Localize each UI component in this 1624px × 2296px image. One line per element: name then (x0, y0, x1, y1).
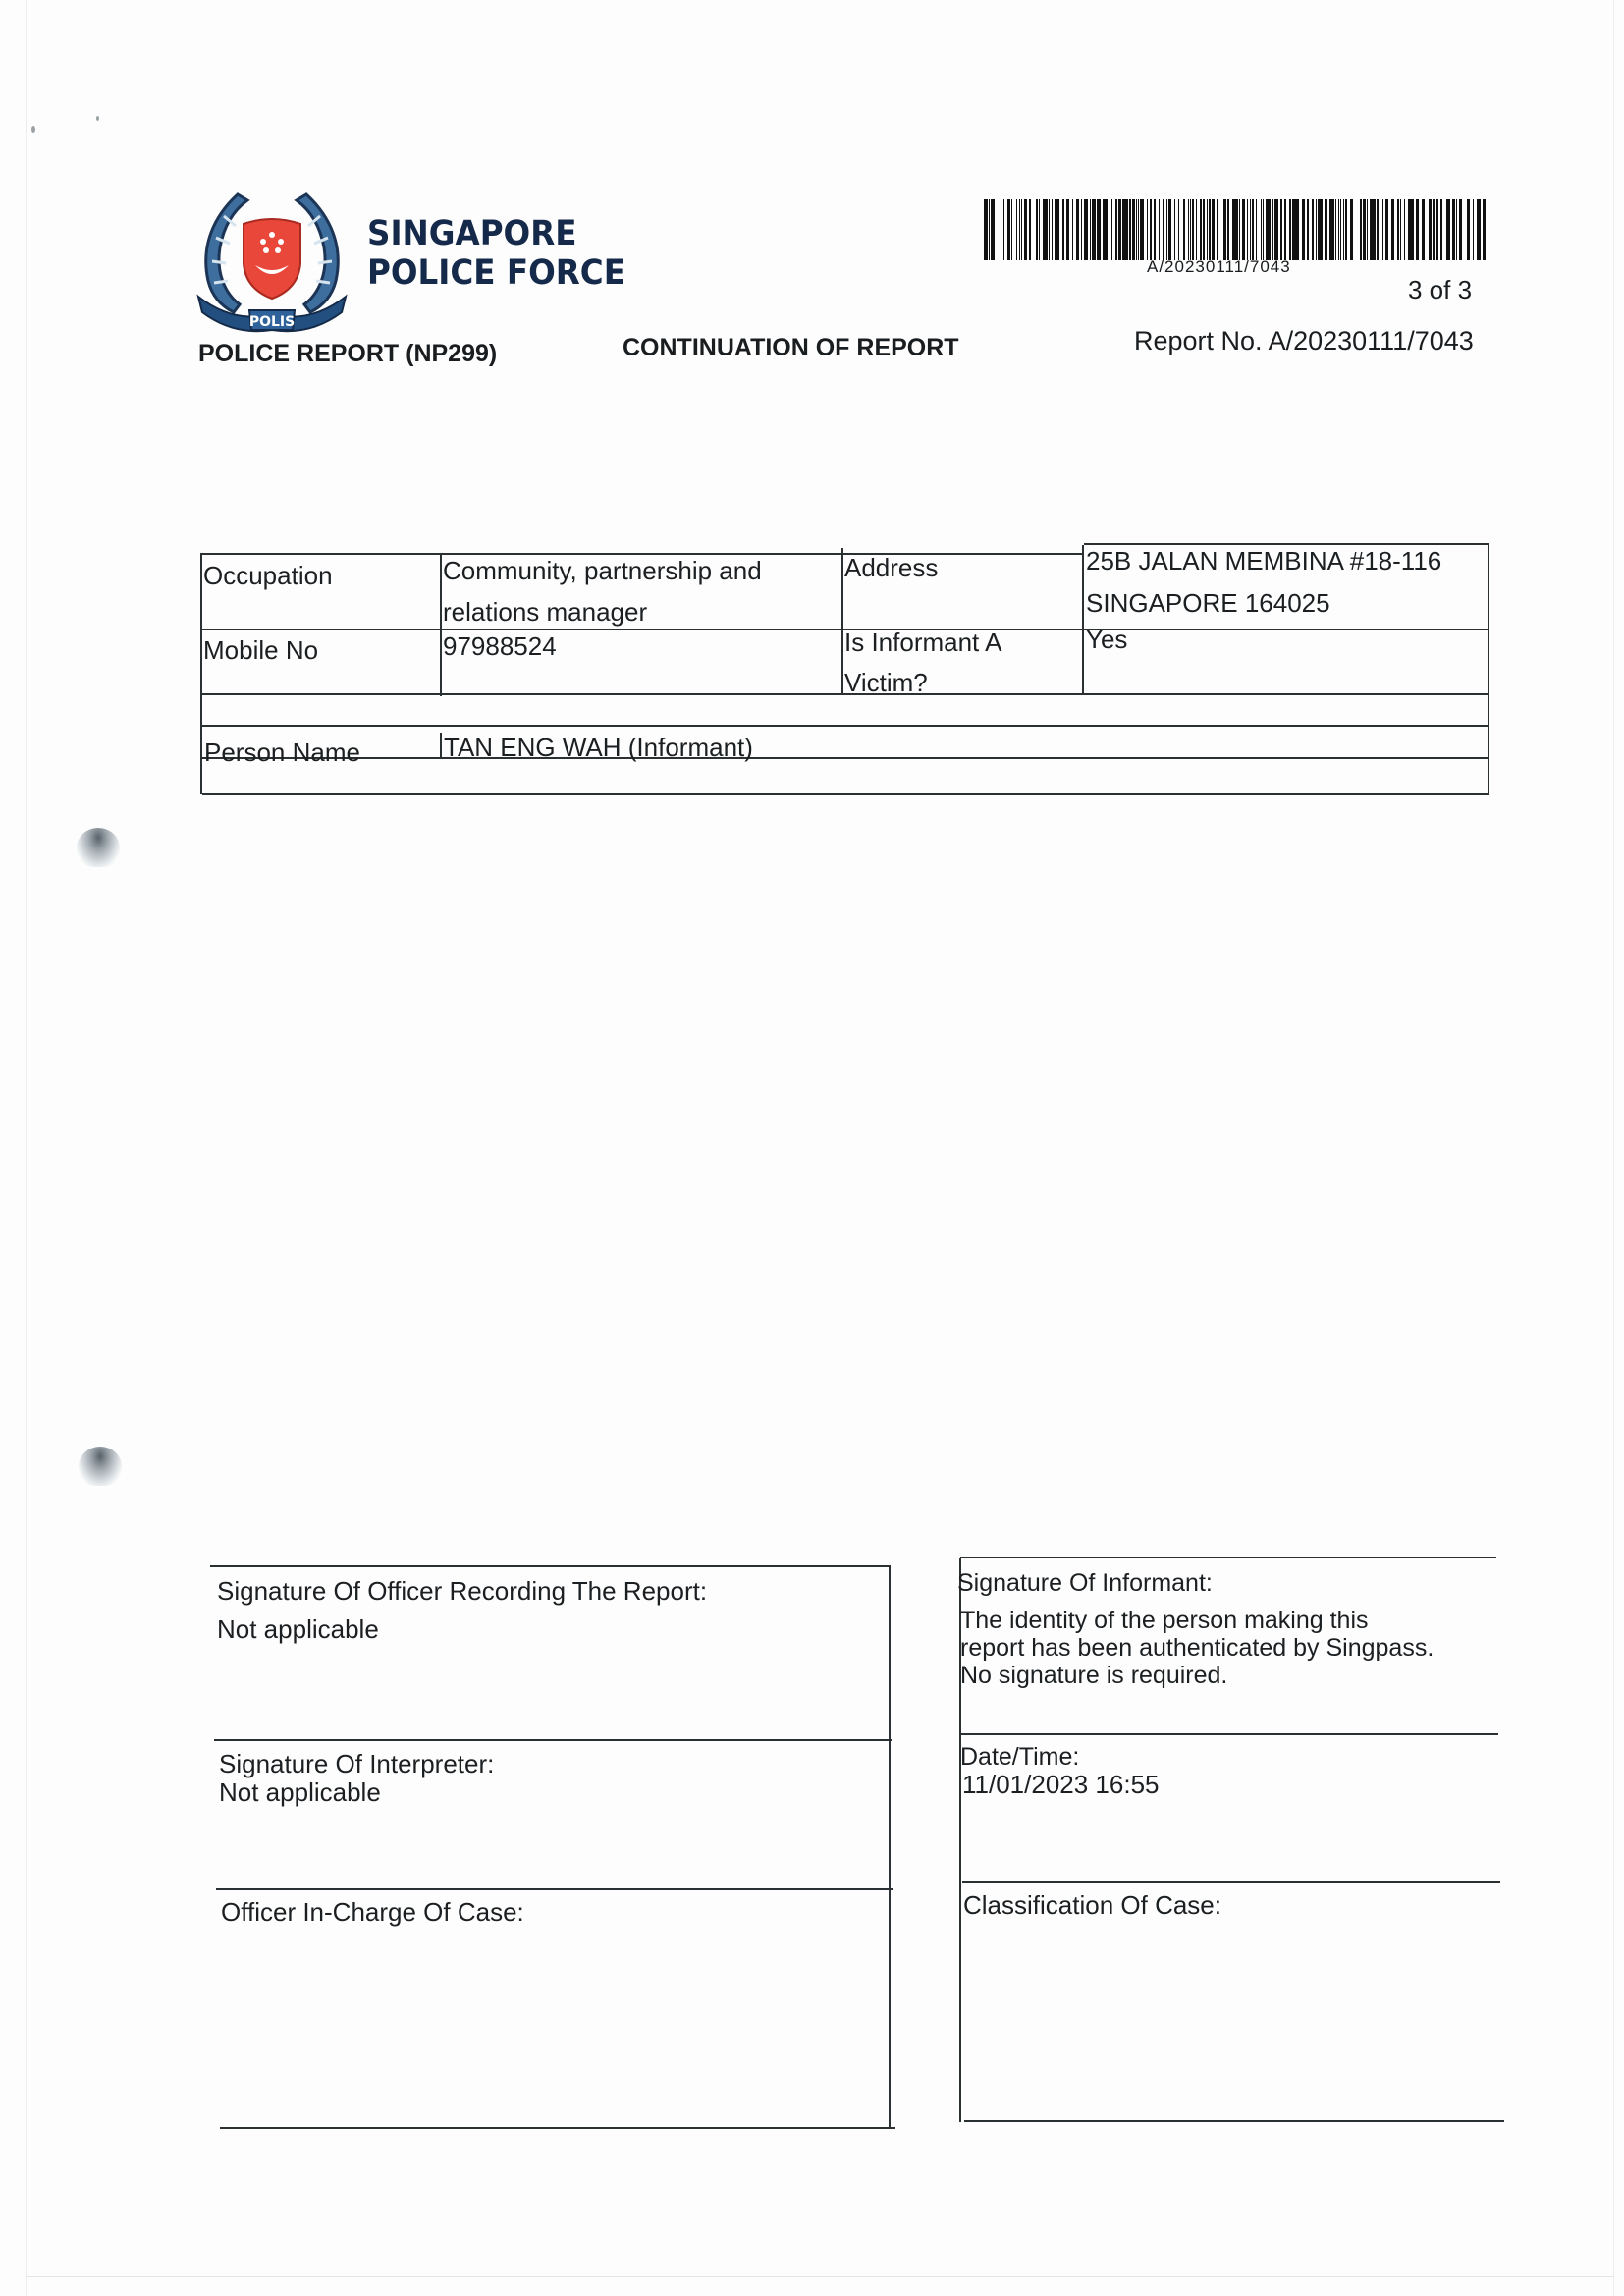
victim-label-line2: Victim? (844, 663, 928, 702)
barcode-bar (1261, 199, 1262, 260)
informant-signature-label: Signature Of Informant: (957, 1568, 1213, 1598)
barcode-bar (1147, 199, 1148, 260)
barcode-bar (1057, 199, 1059, 260)
section-title: CONTINUATION OF REPORT (623, 334, 959, 362)
table-col-divider (440, 553, 442, 696)
punch-hole-top (77, 828, 120, 867)
report-number-label: Report No. (1134, 326, 1263, 355)
barcode-bar (1039, 199, 1040, 260)
interpreter-value: Not applicable (219, 1777, 381, 1807)
address-line2: SINGAPORE 164025 (1086, 583, 1330, 623)
address-line1: 25B JALAN MEMBINA #18-116 (1086, 541, 1441, 580)
barcode-bar (1132, 199, 1135, 260)
report-type-title: POLICE REPORT (NP299) (198, 340, 497, 368)
barcode-bar (1459, 199, 1462, 260)
victim-label-line1: Is Informant A (844, 623, 1001, 662)
barcode-bar (1312, 199, 1314, 260)
officer-in-charge-label: Officer In-Charge Of Case: (221, 1897, 524, 1927)
barcode-bar (1084, 199, 1087, 260)
page-indicator: 3 of 3 (1408, 275, 1472, 305)
barcode-bar (1351, 199, 1353, 260)
barcode-bar (1404, 199, 1405, 260)
barcode-bar (1001, 199, 1001, 260)
address-label: Address (844, 548, 938, 587)
organization-name-line1: SINGAPORE (367, 214, 625, 253)
barcode-bar (1467, 199, 1469, 260)
barcode-bar (1272, 199, 1274, 260)
barcode-bar (1433, 199, 1435, 260)
table-border-bottom (202, 793, 1489, 795)
barcode-bar (1142, 199, 1144, 260)
barcode-bar (1477, 199, 1480, 260)
sig-right-divider (960, 1733, 1498, 1735)
barcode-bar (1209, 199, 1211, 260)
barcode-bar (1242, 199, 1244, 260)
barcode-bar (1136, 199, 1137, 260)
barcode-bar (1280, 199, 1282, 260)
person-name-value: TAN ENG WAH (Informant) (444, 733, 753, 762)
barcode-bar (1192, 199, 1194, 260)
barcode-bar (1321, 199, 1323, 260)
datetime-label: Date/Time: (960, 1742, 1079, 1772)
report-barcode (983, 199, 1484, 260)
sig-left-border-top (210, 1565, 890, 1567)
barcode-bar (1361, 199, 1362, 260)
barcode-bar (1325, 199, 1326, 260)
barcode-bar (1378, 199, 1379, 260)
barcode-bar (1397, 199, 1399, 260)
barcode-bar (1410, 199, 1413, 260)
barcode-bar (1338, 199, 1339, 260)
barcode-bar (1247, 199, 1249, 260)
barcode-bar (1111, 199, 1112, 260)
barcode-bar (1200, 199, 1202, 260)
report-number-value: A/20230111/7043 (1269, 326, 1474, 355)
barcode-bar (1016, 199, 1017, 260)
table-col-divider (1082, 545, 1084, 693)
barcode-bar (1072, 199, 1073, 260)
barcode-bar (1168, 199, 1171, 260)
page-right-edge (1613, 0, 1614, 2296)
barcode-bar (1385, 199, 1388, 260)
barcode-bar (1331, 199, 1334, 260)
barcode-bar (1150, 199, 1152, 260)
barcode-bar (1277, 199, 1278, 260)
barcode-bar (1270, 199, 1271, 260)
barcode-bar (1037, 199, 1038, 260)
barcode-bar (1436, 199, 1438, 260)
barcode-bar (1373, 199, 1375, 260)
barcode-bar (1340, 199, 1341, 260)
svg-text:POLIS: POLIS (249, 314, 295, 330)
person-name-label: Person Name (204, 738, 360, 767)
barcode-bar (1307, 199, 1309, 260)
table-col-divider (440, 733, 442, 758)
barcode-bar (1473, 199, 1474, 260)
page-left-edge (26, 0, 27, 2296)
barcode-bar (1178, 199, 1179, 260)
barcode-bar (1483, 199, 1486, 260)
table-col-divider (841, 548, 843, 693)
table-row-divider (201, 725, 1489, 727)
table-border-right (1488, 543, 1489, 794)
barcode-bar (1207, 199, 1208, 260)
report-number: Report No. A/20230111/7043 (1134, 326, 1474, 356)
barcode-bar (1343, 199, 1344, 260)
barcode-bar (992, 199, 994, 260)
barcode-bar (1223, 199, 1225, 260)
barcode-bar (1049, 199, 1050, 260)
barcode-bar (1046, 199, 1048, 260)
barcode-bar (1345, 199, 1347, 260)
barcode-bar (1250, 199, 1251, 260)
barcode-bar (1391, 199, 1394, 260)
sig-left-border-bottom (220, 2127, 895, 2129)
informant-auth-line1: The identity of the person making this (960, 1607, 1369, 1635)
informant-auth-line3: No signature is required. (960, 1662, 1227, 1690)
sig-left-border-right (889, 1565, 891, 2127)
barcode-bar (1303, 199, 1305, 260)
barcode-bar (1055, 199, 1056, 260)
classification-label: Classification Of Case: (963, 1890, 1221, 1920)
occupation-value-line1: Community, partnership and (443, 551, 762, 590)
barcode-bar (1166, 199, 1168, 260)
mobile-value: 97988524 (443, 627, 557, 666)
sig-left-divider (214, 1739, 892, 1741)
barcode-bar (1100, 199, 1101, 260)
barcode-bar (1456, 199, 1458, 260)
barcode-bar (1062, 199, 1064, 260)
victim-value: Yes (1086, 620, 1127, 659)
sig-right-divider (962, 1881, 1500, 1883)
officer-recording-label: Signature Of Officer Recording The Repor… (217, 1576, 707, 1606)
datetime-value: 11/01/2023 16:55 (962, 1770, 1159, 1799)
barcode-bar (1363, 199, 1366, 260)
organization-name: SINGAPORE POLICE FORCE (367, 214, 645, 293)
barcode-bar (1239, 199, 1240, 260)
barcode-bar (1126, 199, 1128, 260)
barcode-caption: A/20230111/7043 (1147, 257, 1291, 277)
barcode-bar (1446, 199, 1449, 260)
barcode-bar (1235, 199, 1238, 260)
barcode-bar (1418, 199, 1420, 260)
barcode-bar (1076, 199, 1079, 260)
barcode-bar (1003, 199, 1004, 260)
police-crest-logo: POLIS (194, 187, 350, 334)
barcode-bar (1227, 199, 1229, 260)
barcode-bar (1452, 199, 1454, 260)
barcode-bar (1021, 199, 1022, 260)
barcode-bar (1431, 199, 1432, 260)
page-bottom-edge (26, 2276, 1614, 2277)
table-border-left (200, 553, 202, 794)
table-row-divider (201, 757, 1489, 759)
barcode-bar (1190, 199, 1191, 260)
barcode-bar (1382, 199, 1383, 260)
barcode-bar (1009, 199, 1010, 260)
sig-right-border-top (960, 1557, 1496, 1558)
barcode-bar (1154, 199, 1156, 260)
barcode-bar (1367, 199, 1369, 260)
barcode-bar (1203, 199, 1205, 260)
sig-left-divider (216, 1888, 893, 1890)
barcode-bar (1159, 199, 1160, 260)
barcode-bar (1090, 199, 1092, 260)
barcode-bar (1263, 199, 1264, 260)
punch-hole-bottom (79, 1447, 122, 1486)
barcode-bar (1296, 199, 1299, 260)
barcode-bar (1400, 199, 1401, 260)
interpreter-label: Signature Of Interpreter: (219, 1749, 494, 1778)
barcode-bar (1081, 199, 1082, 260)
barcode-bar (1118, 199, 1121, 260)
mobile-label: Mobile No (203, 630, 318, 670)
barcode-bar (1188, 199, 1189, 260)
barcode-bar (1335, 199, 1336, 260)
barcode-bar (1316, 199, 1317, 260)
singapore-police-force-crest-icon: POLIS (194, 187, 350, 334)
sig-right-border-bottom (964, 2120, 1504, 2122)
barcode-bar (1256, 199, 1257, 260)
barcode-bar (1106, 199, 1108, 260)
barcode-bar (1422, 199, 1425, 260)
barcode-bar (1129, 199, 1131, 260)
informant-auth-line2: report has been authenticated by Singpas… (960, 1634, 1434, 1663)
barcode-bar (1052, 199, 1054, 260)
barcode-bar (1163, 199, 1164, 260)
barcode-bar (1440, 199, 1442, 260)
barcode-bar (985, 199, 988, 260)
barcode-bar (1094, 199, 1096, 260)
barcode-bar (1183, 199, 1185, 260)
barcode-bar (1174, 199, 1175, 260)
barcode-bar (1217, 199, 1218, 260)
barcode-bar (1011, 199, 1012, 260)
barcode-bar (1066, 199, 1069, 260)
barcode-bar (1029, 199, 1031, 260)
barcode-bar (1024, 199, 1027, 260)
occupation-value-line2: relations manager (443, 592, 647, 631)
barcode-bar (1380, 199, 1380, 260)
barcode-bar (1196, 199, 1197, 260)
scan-speck (96, 116, 99, 121)
scan-speck (31, 126, 35, 133)
barcode-bar (1284, 199, 1286, 260)
organization-name-line2: POLICE FORCE (367, 253, 625, 293)
barcode-bar (1253, 199, 1255, 260)
barcode-bar (1138, 199, 1139, 260)
barcode-bar (1289, 199, 1291, 260)
barcode-bar (1214, 199, 1215, 260)
officer-recording-value: Not applicable (217, 1614, 379, 1644)
barcode-bar (1115, 199, 1117, 260)
occupation-label: Occupation (203, 556, 333, 595)
